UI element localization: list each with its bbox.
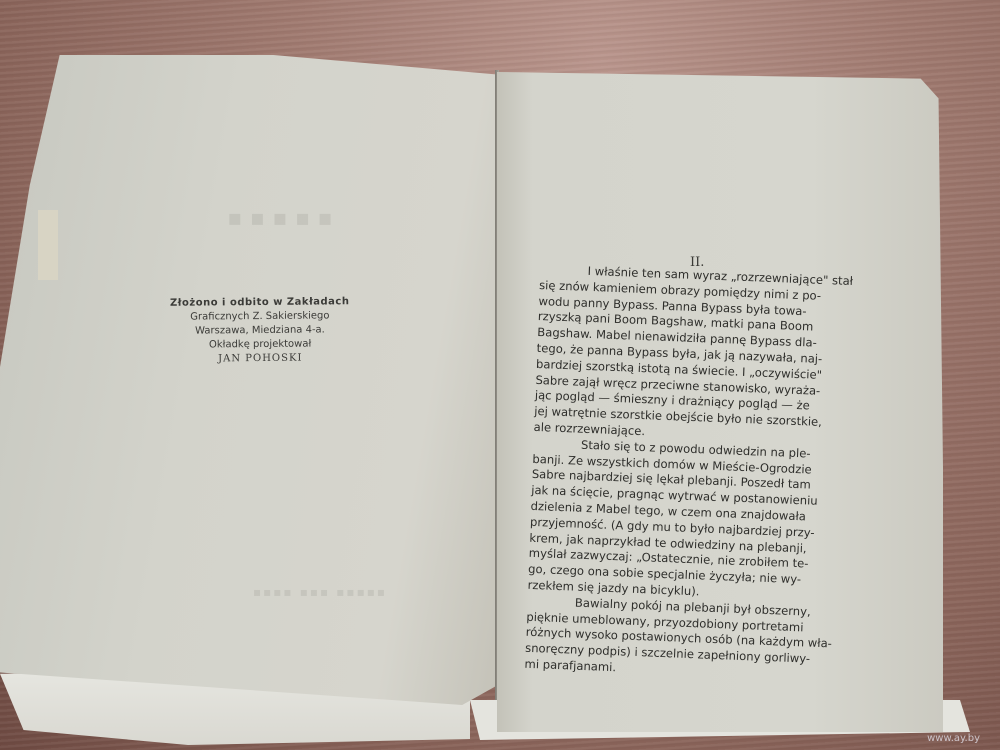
paper-scrap	[38, 210, 58, 280]
show-through-text-bottom: ▪▪▪▪ ▪▪▪ ▪▪▪▪▪	[190, 585, 450, 599]
printer-imprint: Złożono i odbito w Zakładach Graficznych…	[150, 295, 371, 367]
watermark: www.ay.by	[927, 733, 980, 744]
photo-scene: ▪ ▪ ▪ ▪ ▪ ▪▪▪▪ ▪▪▪ ▪▪▪▪▪ Złożono i odbit…	[0, 0, 1000, 750]
left-page	[0, 55, 497, 705]
page-body-text: I właśnie ten sam wyraz „rozrzewniające"…	[524, 262, 934, 688]
imprint-line: Złożono i odbito w Zakładach	[150, 295, 370, 311]
show-through-text: ▪ ▪ ▪ ▪ ▪	[170, 205, 390, 231]
imprint-designer: JAN POHOSKI	[150, 351, 370, 367]
